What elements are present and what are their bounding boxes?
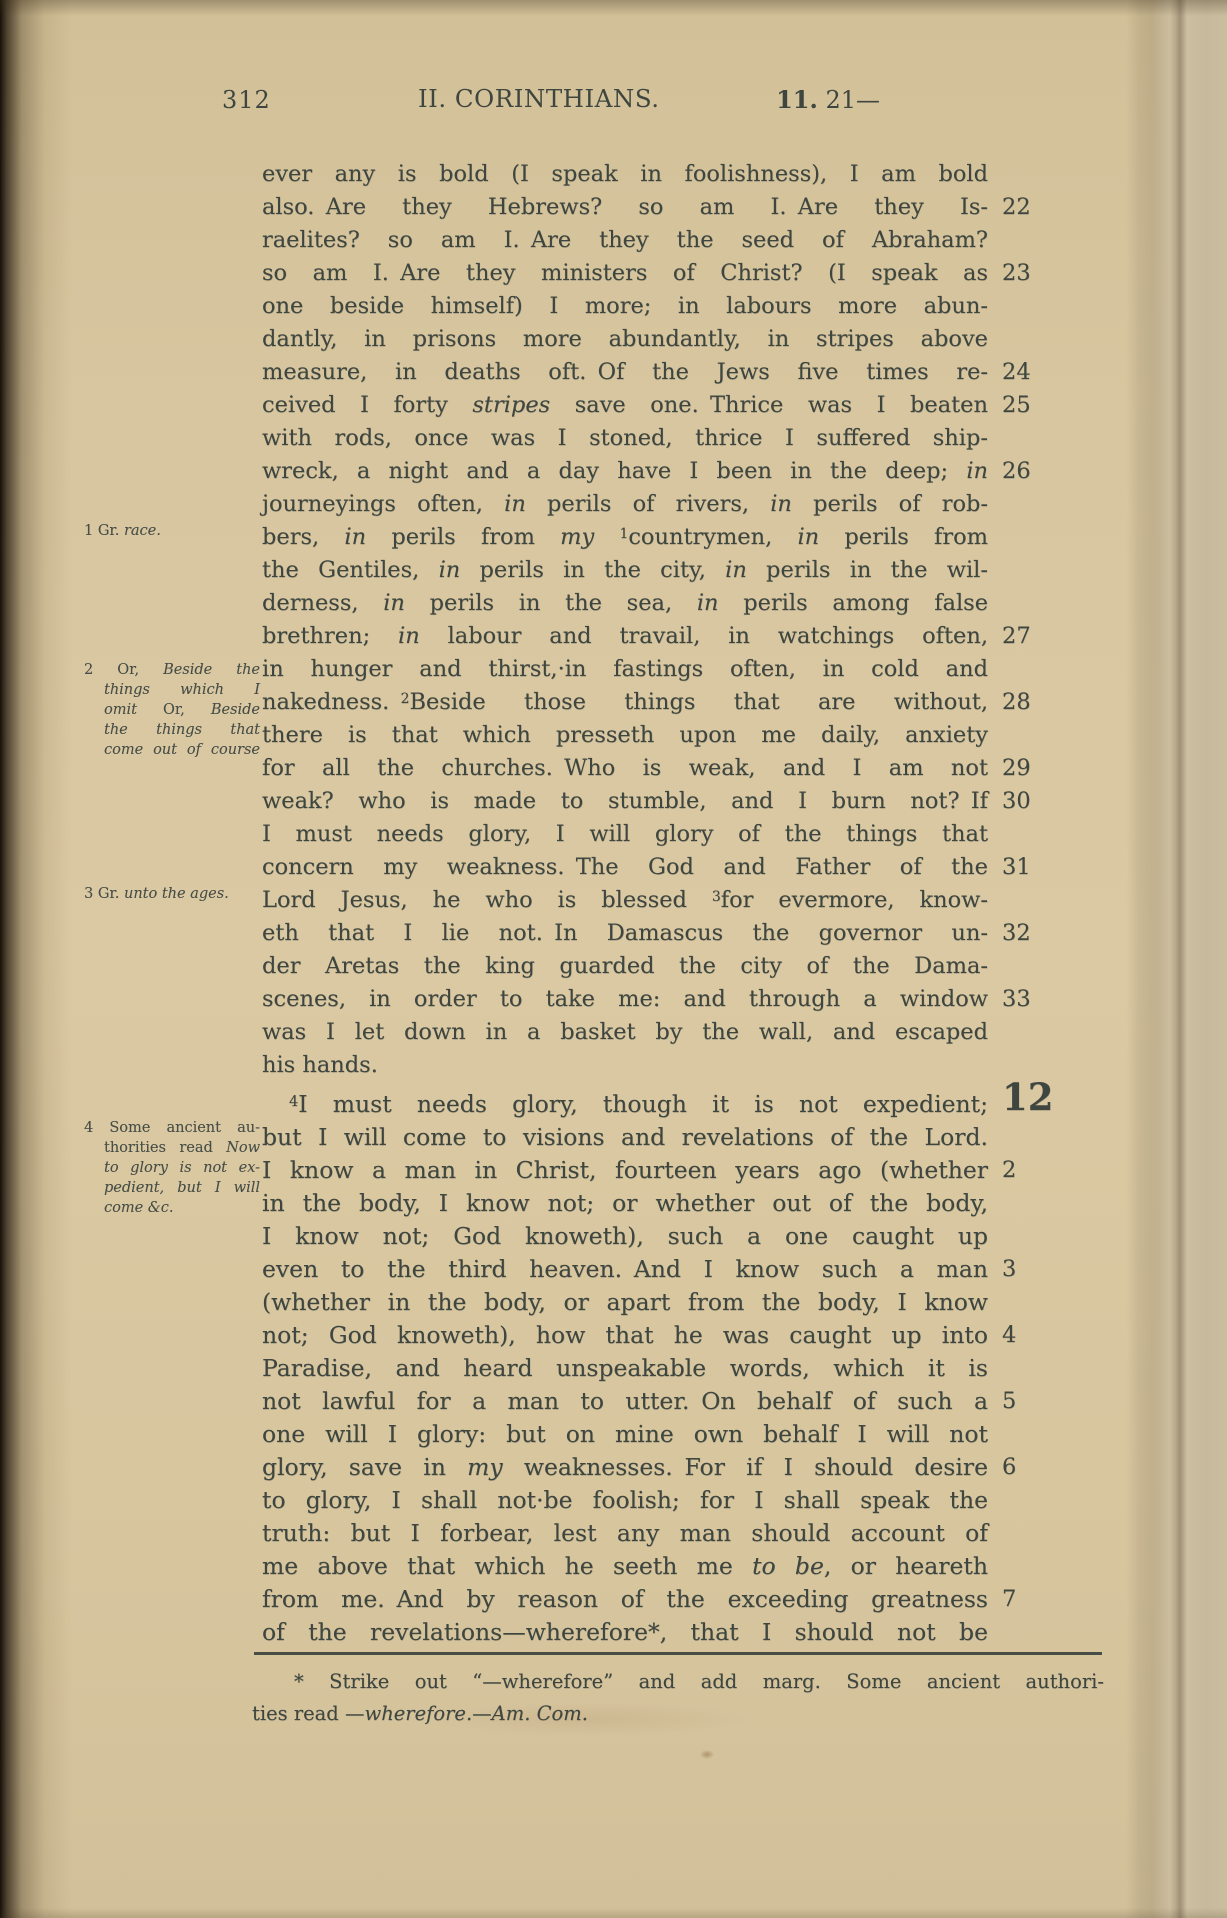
text-run: bers,	[262, 524, 344, 550]
text-run: in	[383, 590, 405, 616]
text-run: in	[697, 590, 719, 616]
text-run: to glory is not ex-	[104, 1160, 260, 1176]
text-line: not; God knoweth), how that he was caugh…	[262, 1319, 988, 1352]
text-run: eth that I lie not. In Damascus the gove…	[262, 920, 988, 946]
text-run: Or,	[137, 702, 211, 718]
text-run: I know not; God knoweth), such a one cau…	[262, 1222, 988, 1250]
text-run: wherefore.	[365, 1702, 473, 1725]
margin-note-line: thorities read Now	[84, 1138, 260, 1158]
note-reference-mark: 4	[289, 1093, 298, 1110]
text-run: * Strike out “—wherefore” and add marg. …	[294, 1670, 1104, 1693]
text-line: dantly, in prisons more abundantly, in s…	[262, 323, 988, 356]
text-run: Lord Jesus, he who is blessed	[262, 887, 712, 913]
verse-number: 4	[1002, 1319, 1098, 1352]
text-run: countrymen,	[628, 524, 797, 550]
text-run: perils of rob-	[792, 491, 988, 517]
text-run: perils of rivers,	[526, 491, 770, 517]
text-run: unto the ages.	[124, 886, 229, 902]
text-run: brethren;	[262, 623, 398, 649]
verse-number: 2	[1002, 1154, 1098, 1187]
text-line: concern my weakness. The God and Father …	[262, 851, 988, 884]
text-run: in	[344, 524, 366, 550]
text-line: was I let down in a basket by the wall, …	[262, 1016, 988, 1049]
text-run: for all the churches. Who is weak, and I…	[262, 755, 988, 781]
verse-number: 5	[1002, 1385, 1098, 1418]
text-run: in the body, I know not; or whether out …	[262, 1189, 988, 1217]
text-run: Beside the	[163, 662, 260, 678]
footnote: * Strike out “—wherefore” and add marg. …	[252, 1666, 1104, 1730]
verse-number: 26	[1002, 455, 1098, 488]
text-run: , or heareth	[824, 1552, 988, 1580]
text-line: der Aretas the king guarded the city of …	[262, 950, 988, 983]
text-run: in	[398, 623, 420, 649]
text-line: for all the churches. Who is weak, and I…	[262, 752, 988, 785]
margin-note-line: come &c.	[84, 1198, 260, 1218]
text-line: ties read —wherefore.—Am. Com.	[252, 1698, 1104, 1730]
text-line: I must needs glory, I will glory of the …	[262, 818, 988, 851]
text-run: dantly, in prisons more abundantly, in s…	[262, 326, 988, 352]
text-line: Paradise, and heard unspeakable words, w…	[262, 1352, 988, 1385]
text-run: with rods, once was I stoned, thrice I s…	[262, 425, 988, 451]
page-edge	[1126, 0, 1227, 1918]
text-run: to glory, I shall not·be foolish; for I …	[262, 1486, 988, 1514]
text-run: from me. And by reason of the exceeding …	[262, 1585, 988, 1613]
text-run: in	[966, 458, 988, 484]
text-run: measure, in deaths oft. Of the Jews five…	[262, 359, 988, 385]
text-run: weaknesses. For if I should desire	[503, 1453, 988, 1481]
text-run: not; God knoweth), how that he was caugh…	[262, 1321, 988, 1349]
verse-number: 23	[1002, 257, 1098, 290]
text-run: pedient, but I will	[104, 1180, 260, 1196]
chapter-ref-bold: 11.	[776, 85, 818, 114]
text-run: my	[560, 524, 594, 550]
text-run: perils in the wil-	[747, 557, 988, 583]
text-line: the Gentiles, in perils in the city, in …	[262, 554, 988, 587]
page-number: 312	[222, 86, 271, 114]
verse-number: 27	[1002, 620, 1098, 653]
scripture-text-ch11: ever any is bold (I speak in foolishness…	[262, 158, 988, 1082]
margin-note-line: come out of course	[84, 740, 260, 760]
margin-note-line: omit Or, Beside	[84, 700, 260, 720]
text-run: but I will come to visions and revelatio…	[262, 1123, 988, 1151]
book-gutter-shadow	[0, 0, 72, 1918]
text-run: one beside himself) I more; in labours m…	[262, 293, 988, 319]
paper-speck	[700, 1750, 714, 1759]
running-title: II. CORINTHIANS.	[418, 84, 660, 113]
verse-number: 3	[1002, 1253, 1098, 1286]
text-line: of the revelations—wherefore*, that I sh…	[262, 1616, 988, 1649]
chapter-ref-rest: 21—	[818, 86, 880, 114]
text-run: the Gentiles,	[262, 557, 439, 583]
text-line: wreck, a night and a day have I been in …	[262, 455, 988, 488]
text-run: one will I glory: but on mine own behalf…	[262, 1420, 988, 1448]
note-reference-mark: 3	[712, 889, 721, 905]
text-run: 2 Or,	[84, 662, 163, 678]
top-shadow	[0, 0, 1227, 16]
verse-number: 24	[1002, 356, 1098, 389]
text-run: glory, save in	[262, 1453, 467, 1481]
text-run: Now	[226, 1140, 260, 1156]
text-run: stripes	[472, 392, 550, 418]
text-run: nakedness.	[262, 689, 401, 715]
bottom-shadow	[0, 1908, 1227, 1918]
page-header: 312 II. CORINTHIANS. 11. 21—	[0, 84, 1227, 120]
text-run: concern my weakness. The God and Father …	[262, 854, 988, 880]
text-line: ceived I forty stripes save one. Thrice …	[262, 389, 988, 422]
text-run: in	[770, 491, 792, 517]
text-run: I know a man in Christ, fourteen years a…	[262, 1156, 988, 1184]
text-run: perils among false	[719, 590, 989, 616]
text-run: perils from	[819, 524, 988, 550]
text-run: I must needs glory, though it is not exp…	[298, 1090, 988, 1118]
text-run: things which I	[104, 682, 260, 698]
text-run: wreck, a night and a day have I been in …	[262, 458, 966, 484]
text-run: der Aretas the king guarded the city of …	[262, 953, 988, 979]
text-line: weak? who is made to stumble, and I burn…	[262, 785, 988, 818]
text-run: perils in the city,	[460, 557, 725, 583]
text-run: Paradise, and heard unspeakable words, w…	[262, 1354, 988, 1382]
text-line: eth that I lie not. In Damascus the gove…	[262, 917, 988, 950]
margin-note-line: to glory is not ex-	[84, 1158, 260, 1178]
text-run: there is that which presseth upon me dai…	[262, 722, 988, 748]
text-line: in hunger and thirst,·in fastings often,…	[262, 653, 988, 686]
chapter-verse-ref: 11. 21—	[755, 85, 880, 114]
text-run: his hands.	[262, 1052, 378, 1078]
margin-note-line: the things that	[84, 720, 260, 740]
text-line: glory, save in my weaknesses. For if I s…	[262, 1451, 988, 1484]
text-run: my	[467, 1453, 503, 1481]
text-run: 3 Gr.	[84, 886, 124, 902]
text-line: with rods, once was I stoned, thrice I s…	[262, 422, 988, 455]
text-run: perils in the sea,	[405, 590, 697, 616]
text-line: not lawful for a man to utter. On behalf…	[262, 1385, 988, 1418]
text-line: 4I must needs glory, though it is not ex…	[262, 1088, 988, 1121]
text-run: to be	[752, 1552, 824, 1580]
margin-note: 3 Gr. unto the ages.	[84, 884, 260, 904]
verse-number: 30	[1002, 785, 1098, 818]
verse-number: 31	[1002, 851, 1098, 884]
text-run: not lawful for a man to utter. On behalf…	[262, 1387, 988, 1415]
text-run: 1 Gr.	[84, 523, 124, 539]
verse-number: 33	[1002, 983, 1098, 1016]
scripture-text-ch12: 4I must needs glory, though it is not ex…	[262, 1088, 988, 1649]
text-run: ties read —	[252, 1702, 365, 1725]
margin-note-line: 1 Gr. race.	[84, 521, 260, 541]
margin-note-line: 2 Or, Beside the	[84, 660, 260, 680]
text-run: ever any is bold (I speak in foolishness…	[262, 161, 988, 187]
text-run: Beside	[211, 702, 260, 718]
text-line: truth: but I forbear, lest any man shoul…	[262, 1517, 988, 1550]
text-run: truth: but I forbear, lest any man shoul…	[262, 1519, 988, 1547]
verse-number: 7	[1002, 1583, 1098, 1616]
text-line: (whether in the body, or apart from the …	[262, 1286, 988, 1319]
text-run: even to the third heaven. And I know suc…	[262, 1255, 988, 1283]
text-run: me above that which he seeth me	[262, 1552, 752, 1580]
text-run: 4 Some ancient au-	[84, 1120, 260, 1136]
text-line: even to the third heaven. And I know suc…	[262, 1253, 988, 1286]
text-run: of the revelations—wherefore*, that I sh…	[262, 1618, 988, 1646]
text-line: his hands.	[262, 1049, 988, 1082]
verse-number: 28	[1002, 686, 1098, 719]
margin-note-line: pedient, but I will	[84, 1178, 260, 1198]
text-line: ever any is bold (I speak in foolishness…	[262, 158, 988, 191]
text-run: come &c.	[104, 1200, 173, 1216]
text-run: Am. Com.	[492, 1702, 588, 1725]
text-line: one beside himself) I more; in labours m…	[262, 290, 988, 323]
verse-number: 22	[1002, 191, 1098, 224]
text-run: journeyings often,	[262, 491, 504, 517]
text-line: nakedness. 2Beside those things that are…	[262, 686, 988, 719]
verse-number: 29	[1002, 752, 1098, 785]
text-run	[594, 524, 619, 550]
text-run: for evermore, know-	[721, 887, 988, 913]
text-run: (whether in the body, or apart from the …	[262, 1288, 988, 1316]
text-line: journeyings often, in perils of rivers, …	[262, 488, 988, 521]
text-line: brethren; in labour and travail, in watc…	[262, 620, 988, 653]
text-run: ceived I forty	[262, 392, 472, 418]
text-line: bers, in perils from my 1countrymen, in …	[262, 521, 988, 554]
text-run: was I let down in a basket by the wall, …	[262, 1019, 988, 1045]
verse-number: 32	[1002, 917, 1098, 950]
text-run: in hunger and thirst,·in fastings often,…	[262, 656, 988, 682]
text-run: race.	[124, 523, 161, 539]
book-page: 312 II. CORINTHIANS. 11. 21— 1 Gr. race.…	[0, 0, 1227, 1918]
text-run: —	[472, 1702, 492, 1725]
text-line: one will I glory: but on mine own behalf…	[262, 1418, 988, 1451]
text-run: derness,	[262, 590, 383, 616]
text-run: in	[725, 557, 747, 583]
text-run: in	[504, 491, 526, 517]
text-run: save one. Thrice was I beaten	[550, 392, 988, 418]
verse-number: 6	[1002, 1451, 1098, 1484]
text-line: Lord Jesus, he who is blessed 3for everm…	[262, 884, 988, 917]
text-line: derness, in perils in the sea, in perils…	[262, 587, 988, 620]
text-run: in	[439, 557, 461, 583]
text-run: I must needs glory, I will glory of the …	[262, 821, 988, 847]
text-line: from me. And by reason of the exceeding …	[262, 1583, 988, 1616]
margin-note: 1 Gr. race.	[84, 521, 260, 541]
text-line: I know not; God knoweth), such a one cau…	[262, 1220, 988, 1253]
text-line: raelites? so am I. Are they the seed of …	[262, 224, 988, 257]
text-run: in	[797, 524, 819, 550]
text-run: also. Are they Hebrews? so am I. Are the…	[262, 194, 988, 220]
text-line: measure, in deaths oft. Of the Jews five…	[262, 356, 988, 389]
margin-note-line: 4 Some ancient au-	[84, 1118, 260, 1138]
note-reference-mark: 1	[619, 526, 628, 542]
text-run: the things that	[104, 722, 260, 738]
footnote-rule	[254, 1652, 1102, 1655]
text-run: thorities read	[104, 1140, 226, 1156]
margin-note-line: things which I	[84, 680, 260, 700]
text-run: come out of course	[104, 742, 260, 758]
text-run: labour and travail, in watchings often,	[420, 623, 988, 649]
text-run: weak? who is made to stumble, and I burn…	[262, 788, 988, 814]
text-line: I know a man in Christ, fourteen years a…	[262, 1154, 988, 1187]
text-run: perils from	[366, 524, 560, 550]
text-line: in the body, I know not; or whether out …	[262, 1187, 988, 1220]
text-line: scenes, in order to take me: and through…	[262, 983, 988, 1016]
text-line: to glory, I shall not·be foolish; for I …	[262, 1484, 988, 1517]
text-line: * Strike out “—wherefore” and add marg. …	[252, 1666, 1104, 1698]
margin-note: 4 Some ancient au-thorities read Nowto g…	[84, 1118, 260, 1218]
text-line: there is that which presseth upon me dai…	[262, 719, 988, 752]
text-run: so am I. Are they ministers of Christ? (…	[262, 260, 988, 286]
text-line: but I will come to visions and revelatio…	[262, 1121, 988, 1154]
text-line: me above that which he seeth me to be, o…	[262, 1550, 988, 1583]
text-line: also. Are they Hebrews? so am I. Are the…	[262, 191, 988, 224]
text-run: Beside those things that are without,	[409, 689, 988, 715]
text-line: so am I. Are they ministers of Christ? (…	[262, 257, 988, 290]
chapter-number: 12	[1002, 1081, 1098, 1114]
margin-note: 2 Or, Beside thethings which Iomit Or, B…	[84, 660, 260, 760]
margin-note-line: 3 Gr. unto the ages.	[84, 884, 260, 904]
text-run: raelites? so am I. Are they the seed of …	[262, 227, 988, 253]
verse-number: 25	[1002, 389, 1098, 422]
text-run: scenes, in order to take me: and through…	[262, 986, 988, 1012]
text-run: omit	[104, 702, 137, 718]
